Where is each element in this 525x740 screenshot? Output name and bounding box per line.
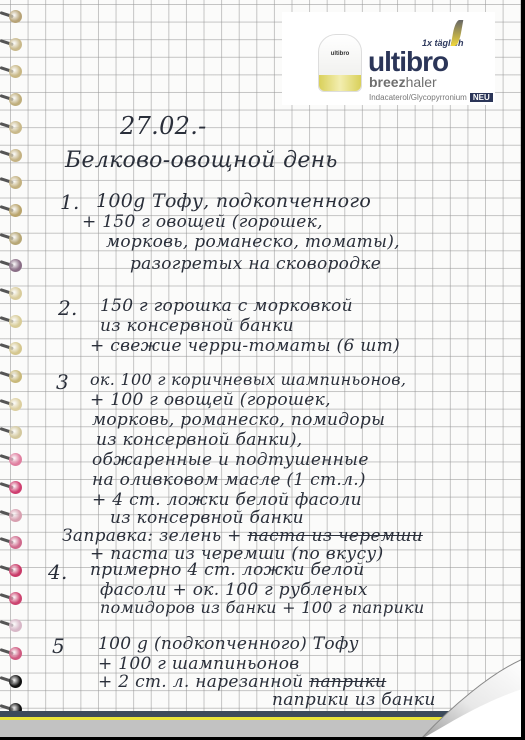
item-1-number: 1. [60,190,80,214]
item-2-line-1: 150 г горошка с морковкой [100,296,353,316]
binding-hole [9,509,22,522]
device-label: ultibro [319,51,361,57]
binding-hole [9,65,22,78]
binding-ring [0,255,26,277]
item-3-struck-text: паста из черемши [247,526,422,546]
binding-ring [0,117,26,139]
binding-ring [0,532,26,554]
product-bold: breez [369,74,406,90]
binding-hole [9,536,22,549]
binding-ring [0,228,26,250]
binding-ring [0,89,26,111]
binding-hole [9,342,22,355]
binding-ring [0,560,26,582]
binding-hole [9,149,22,162]
product-light: haler [406,74,437,90]
note-date: 27.02.- [120,112,207,140]
item-2-number: 2. [58,296,78,320]
item-1-line-3: морковь, романеско, томаты), [106,232,400,252]
item-4-line-2: фасоли + ок. 100 г рубленых [100,580,368,600]
item-5-line-3: + 2 ст. л. нарезанной [98,672,309,692]
binding-hole [9,370,22,383]
binding-ring [0,145,26,167]
item-5-line-2: + 100 г шампиньонов [98,654,299,674]
ad-product-name: breezhaler [369,74,437,90]
binding-hole [9,10,22,23]
binding-hole [9,38,22,51]
binding-ring [0,449,26,471]
item-5-number: 5 [52,634,65,658]
item-3-number: 3 [56,370,69,394]
item-3-line-8: из консервной банки [110,508,304,528]
binding-hole [9,204,22,217]
item-1-line-4: разогретых на сковородке [130,254,381,274]
binding-hole [9,619,22,632]
item-3-line-2: + 100 г овощей (горошек, [90,390,331,410]
item-3-dressing: Заправка: зелень + паста из черемши [62,526,423,546]
binding-ring [0,338,26,360]
item-3-line-6: на оливковом масле (1 ст.л.) [92,470,366,490]
binding-hole [9,259,22,272]
page-curl-corner[interactable] [420,628,521,737]
binding-hole [9,564,22,577]
note-title: Белково-овощной день [65,148,338,173]
binding-hole [9,675,22,688]
binding-ring [0,61,26,83]
item-2-line-2: из консервной банки [100,316,294,336]
binding-hole [9,315,22,328]
item-4-number: 4. [48,560,68,584]
notebook-page: ultibro 1x täglich ultibro breezhaler In… [0,0,521,737]
binding-ring [0,422,26,444]
binding-hole [9,287,22,300]
binding-ring [0,366,26,388]
item-1-line-2: + 150 г овощей (горошек, [82,212,323,232]
binding-hole [9,453,22,466]
binding-ring [0,505,26,527]
binding-ring [0,394,26,416]
item-3-line-7: + 4 ст. ложки белой фасоли [92,490,362,510]
item-4-line-1: примерно 4 ст. ложки белой [90,560,364,580]
binding-hole [9,398,22,411]
binding-ring [0,172,26,194]
item-5-line-3-wrap: + 2 ст. л. нарезанной паприки [98,672,386,692]
item-1-line-1: 100g Тофу, подкопченного [96,190,371,212]
binding-hole [9,176,22,189]
inhaler-device-image: ultibro [318,34,362,92]
binding-ring [0,643,26,665]
item-3-line-4: из консервной банки), [96,430,303,450]
ingredients-text: Indacaterol/Glycopyrronium [369,93,467,102]
binding-hole [9,121,22,134]
binding-ring [0,6,26,28]
binding-hole [9,647,22,660]
binding-hole [9,481,22,494]
binding-ring [0,588,26,610]
item-5-struck-text: паприки [309,672,386,692]
binding-hole [9,232,22,245]
item-4-line-3: помидоров из банки + 100 г паприки [100,598,425,617]
ultibro-advertisement[interactable]: ultibro 1x täglich ultibro breezhaler In… [282,12,495,105]
binding-ring [0,34,26,56]
item-3-line-1: ок. 100 г коричневых шампиньонов, [90,370,406,389]
binding-hole [9,93,22,106]
item-3-line-3: морковь, романеско, помидоры [92,410,385,430]
item-2-line-3: + свежие черри-томаты (6 шт) [90,336,400,356]
binding-ring [0,311,26,333]
binding-hole [9,592,22,605]
inhaler-base [319,75,361,91]
new-badge: NEU [470,93,493,102]
item-5-line-4: паприки из банки [272,690,436,710]
binding-hole [9,426,22,439]
binding-ring [0,283,26,305]
binding-ring [0,615,26,637]
item-5-line-1: 100 g (подкопченного) Тофу [98,634,359,654]
binding-ring [0,200,26,222]
ad-ingredients: Indacaterol/GlycopyrroniumNEU [369,93,493,102]
binding-ring [0,477,26,499]
item-3-line-5: обжаренные и подтушенные [92,450,369,470]
item-3-line-9: Заправка: зелень + [62,526,247,546]
binding-ring [0,671,26,693]
